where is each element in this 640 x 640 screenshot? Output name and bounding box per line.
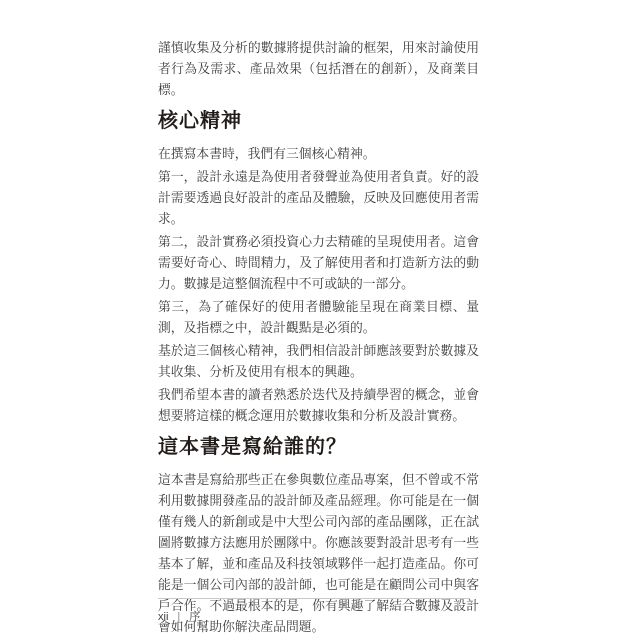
page-number: xii	[158, 611, 168, 623]
paragraph: 我們希望本書的讀者熟悉於迭代及持續學習的概念，並會想要將這樣的概念運用於數據收集…	[158, 385, 479, 427]
paragraph: 第二，設計實務必須投資心力去精確的呈現使用者。這會需要好奇心、時間精力，及了解使…	[158, 232, 479, 295]
section-heading-core-principles: 核心精神	[158, 109, 479, 134]
footer-section-title: 序	[189, 611, 200, 623]
footer-separator: |	[177, 611, 180, 623]
paragraph: 第三，為了確保好的使用者體驗能呈現在商業目標、量測，及指標之中，設計觀點是必須的…	[158, 297, 479, 339]
page-footer: xii|序	[158, 598, 470, 624]
page-content: 謹慎收集及分析的數據將提供討論的框架，用來討論使用者行為及需求、產品效果（包括潛…	[158, 38, 479, 640]
book-page: 謹慎收集及分析的數據將提供討論的框架，用來討論使用者行為及需求、產品效果（包括潛…	[0, 0, 640, 640]
section-heading-who-is-this-book-for: 這本書是寫給誰的？	[158, 435, 479, 460]
paragraph: 基於這三個核心精神，我們相信設計師應該要對於數據及其收集、分析及使用有根本的興趣…	[158, 341, 479, 383]
paragraph: 第一，設計永遠是為使用者發聲並為使用者負責。好的設計需要透過良好設計的產品及體驗…	[158, 167, 479, 230]
paragraph: 在撰寫本書時，我們有三個核心精神。	[158, 144, 479, 165]
intro-paragraph: 謹慎收集及分析的數據將提供討論的框架，用來討論使用者行為及需求、產品效果（包括潛…	[158, 38, 479, 101]
